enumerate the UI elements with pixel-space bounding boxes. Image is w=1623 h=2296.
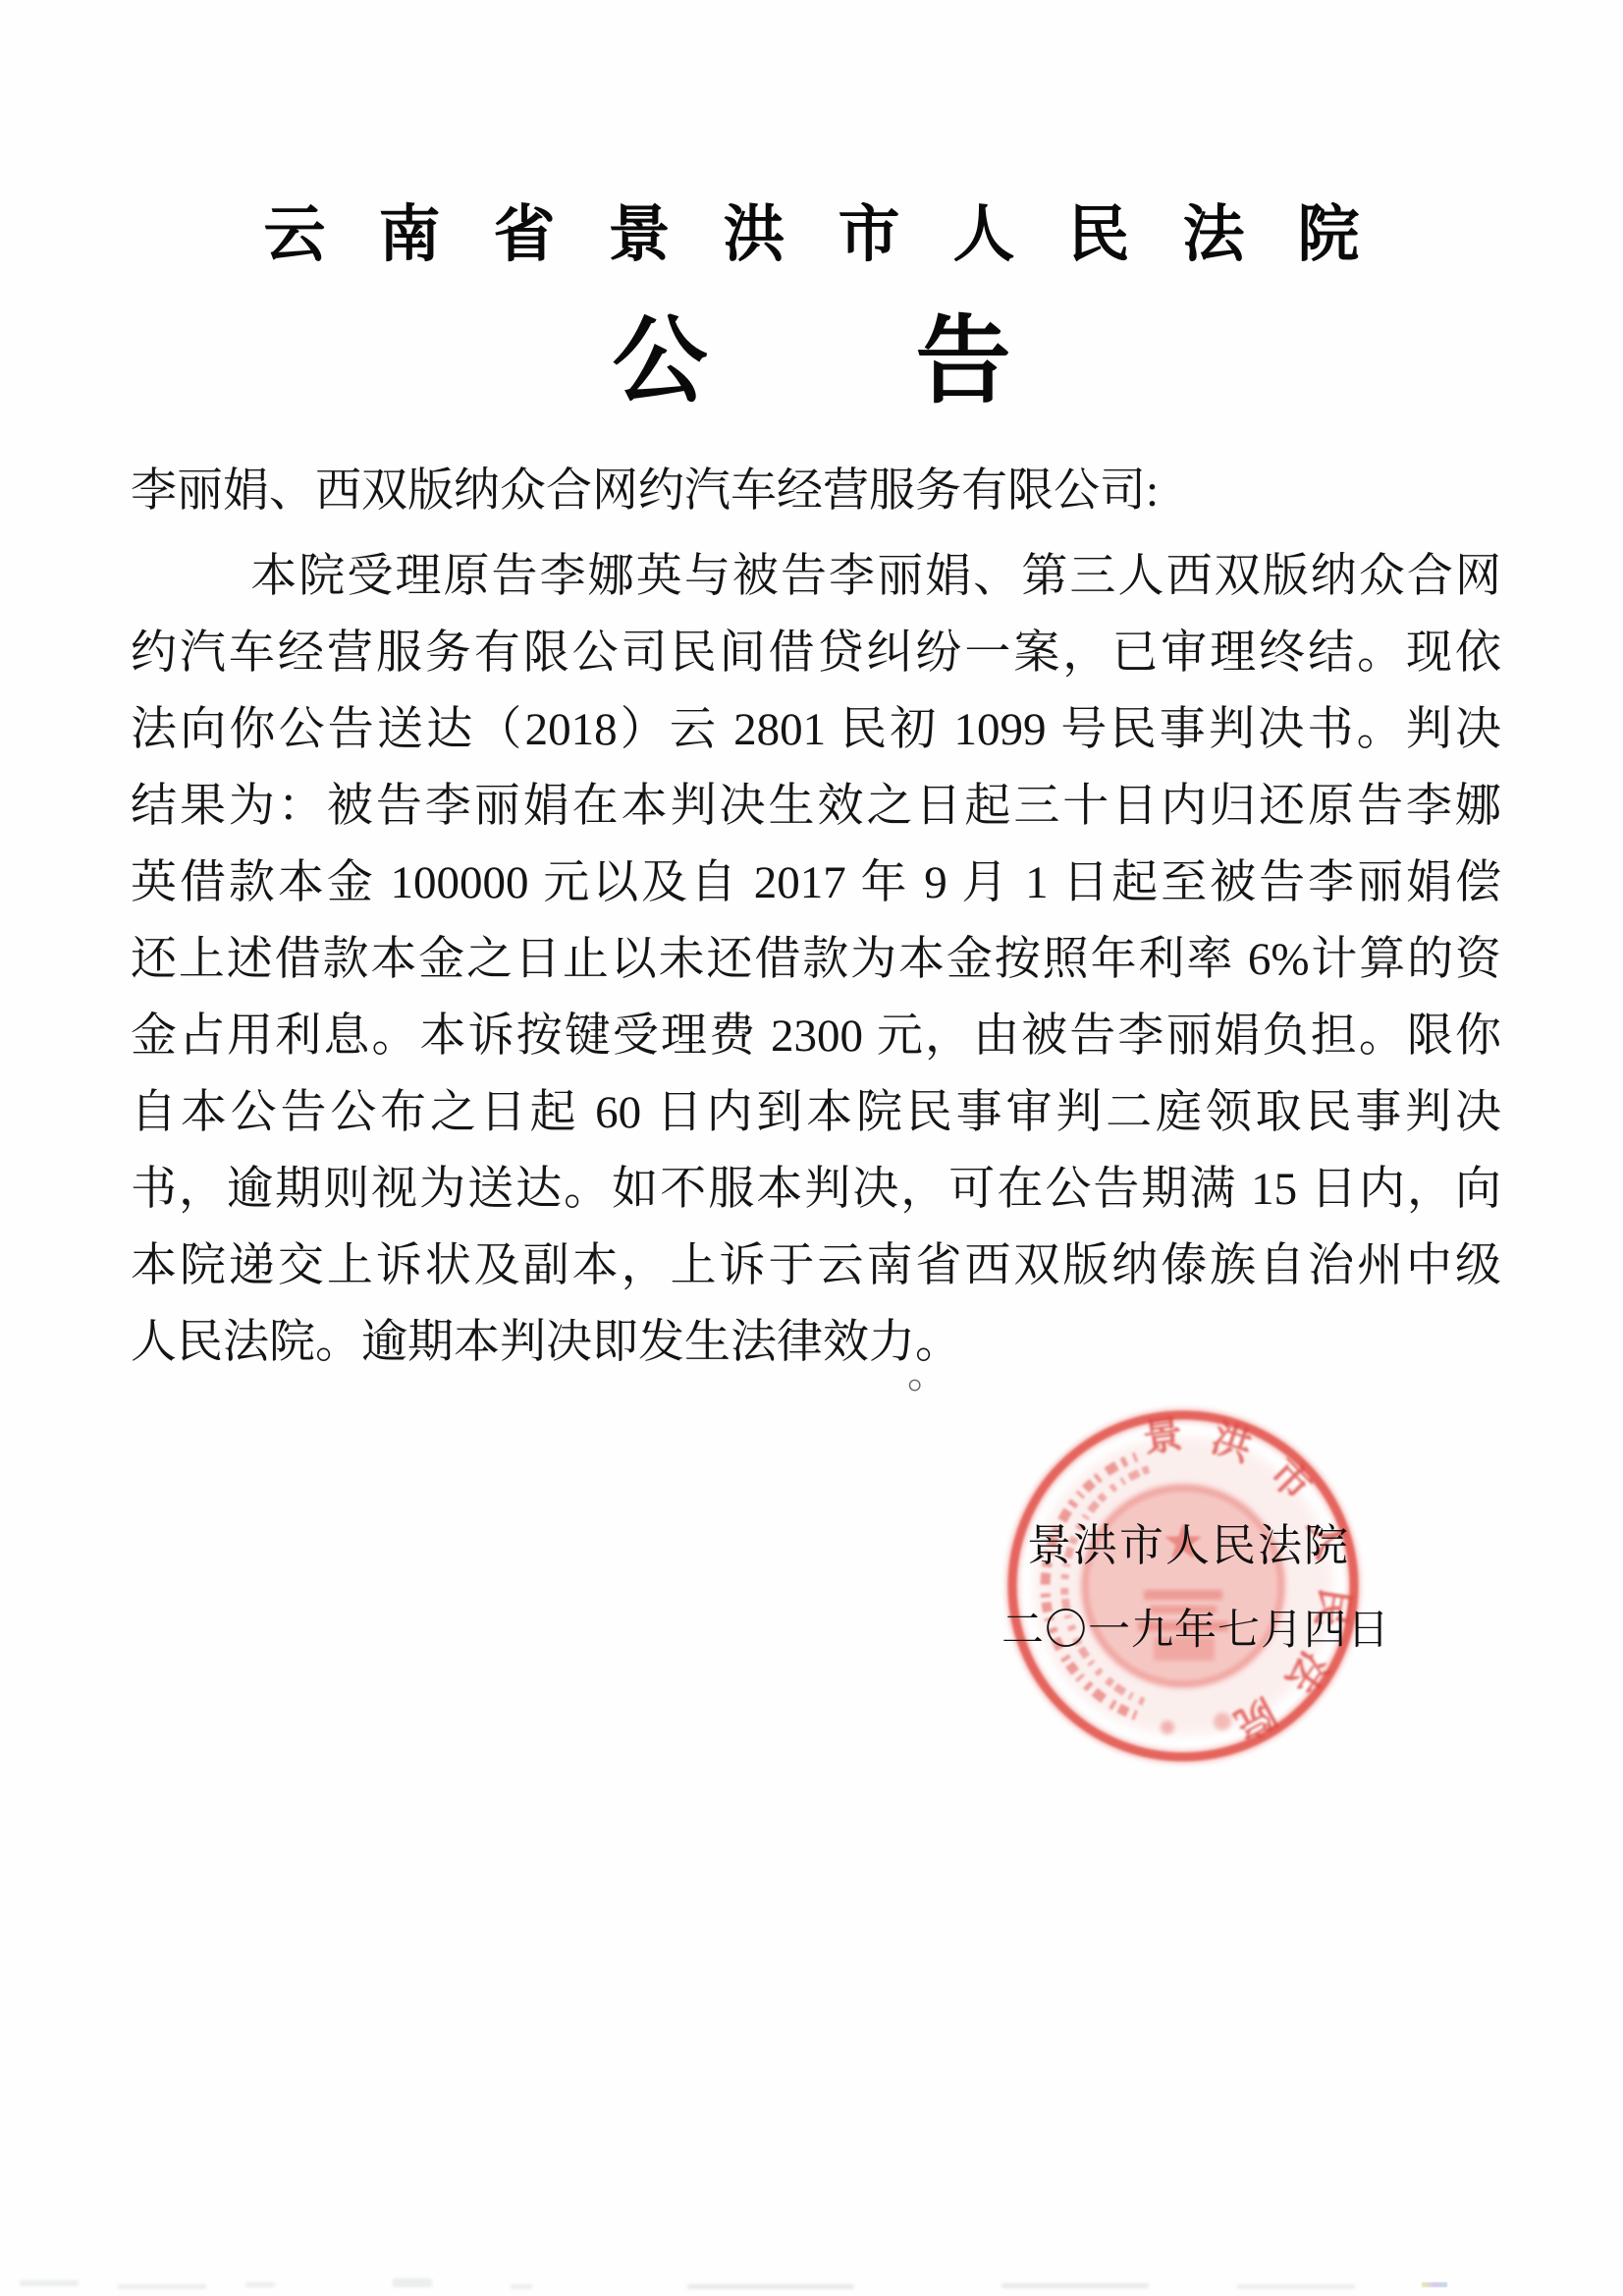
signature-court: 景洪市人民法院 (1027, 1509, 1350, 1573)
body-line: 法向你公告送达（2018）云 2801 民初 1099 号民事判决书。判决 (131, 691, 1501, 768)
body-line: 本院递交上诉状及副本，上诉于云南省西双版纳傣族自治州中级 (131, 1228, 1501, 1304)
body-line: 结果为：被告李丽娟在本判决生效之日起三十日内归还原告李娜 (131, 768, 1501, 845)
announcement-page: 云南省景洪市人民法院 公 告 李丽娟、西双版纳众合网约汽车经营服务有限公司: 本… (0, 0, 1623, 2296)
court-title: 云南省景洪市人民法院 (0, 185, 1623, 274)
body-line: 人民法院。逾期本判决即发生法律效力。 (131, 1304, 1501, 1381)
stray-period-mark: 。 (907, 1341, 948, 1400)
official-seal: 景洪市人民法院 (995, 1397, 1372, 1775)
addressee-line: 李丽娟、西双版纳众合网约汽车经营服务有限公司: (131, 462, 1501, 520)
doc-title-char-1: 公 (613, 310, 708, 415)
scan-noise (0, 2274, 1623, 2296)
body-paragraph: 本院受理原告李娜英与被告李丽娟、第三人西双版纳众合网约汽车经营服务有限公司民间借… (131, 538, 1501, 1381)
body-line: 英借款本金 100000 元以及自 2017 年 9 月 1 日起至被告李丽娟偿 (131, 845, 1501, 921)
body-line: 金占用利息。本诉按键受理费 2300 元，由被告李丽娟负担。限你 (131, 998, 1501, 1074)
body-line: 自本公告公布之日起 60 日内到本院民事审判二庭领取民事判决 (131, 1074, 1501, 1151)
doc-title: 公 告 (0, 310, 1623, 415)
body-line: 约汽车经营服务有限公司民间借贷纠纷一案，已审理终结。现依 (131, 615, 1501, 691)
body-line: 还上述借款本金之日止以未还借款为本金按照年利率 6%计算的资 (131, 921, 1501, 998)
body-line: 书，逾期则视为送达。如不服本判决，可在公告期满 15 日内，向 (131, 1151, 1501, 1228)
signature-date: 二〇一九年七月四日 (1001, 1597, 1390, 1657)
doc-title-char-2: 告 (916, 310, 1011, 415)
body-line: 本院受理原告李娜英与被告李丽娟、第三人西双版纳众合网 (131, 538, 1501, 615)
color-speck (1422, 2282, 1447, 2287)
